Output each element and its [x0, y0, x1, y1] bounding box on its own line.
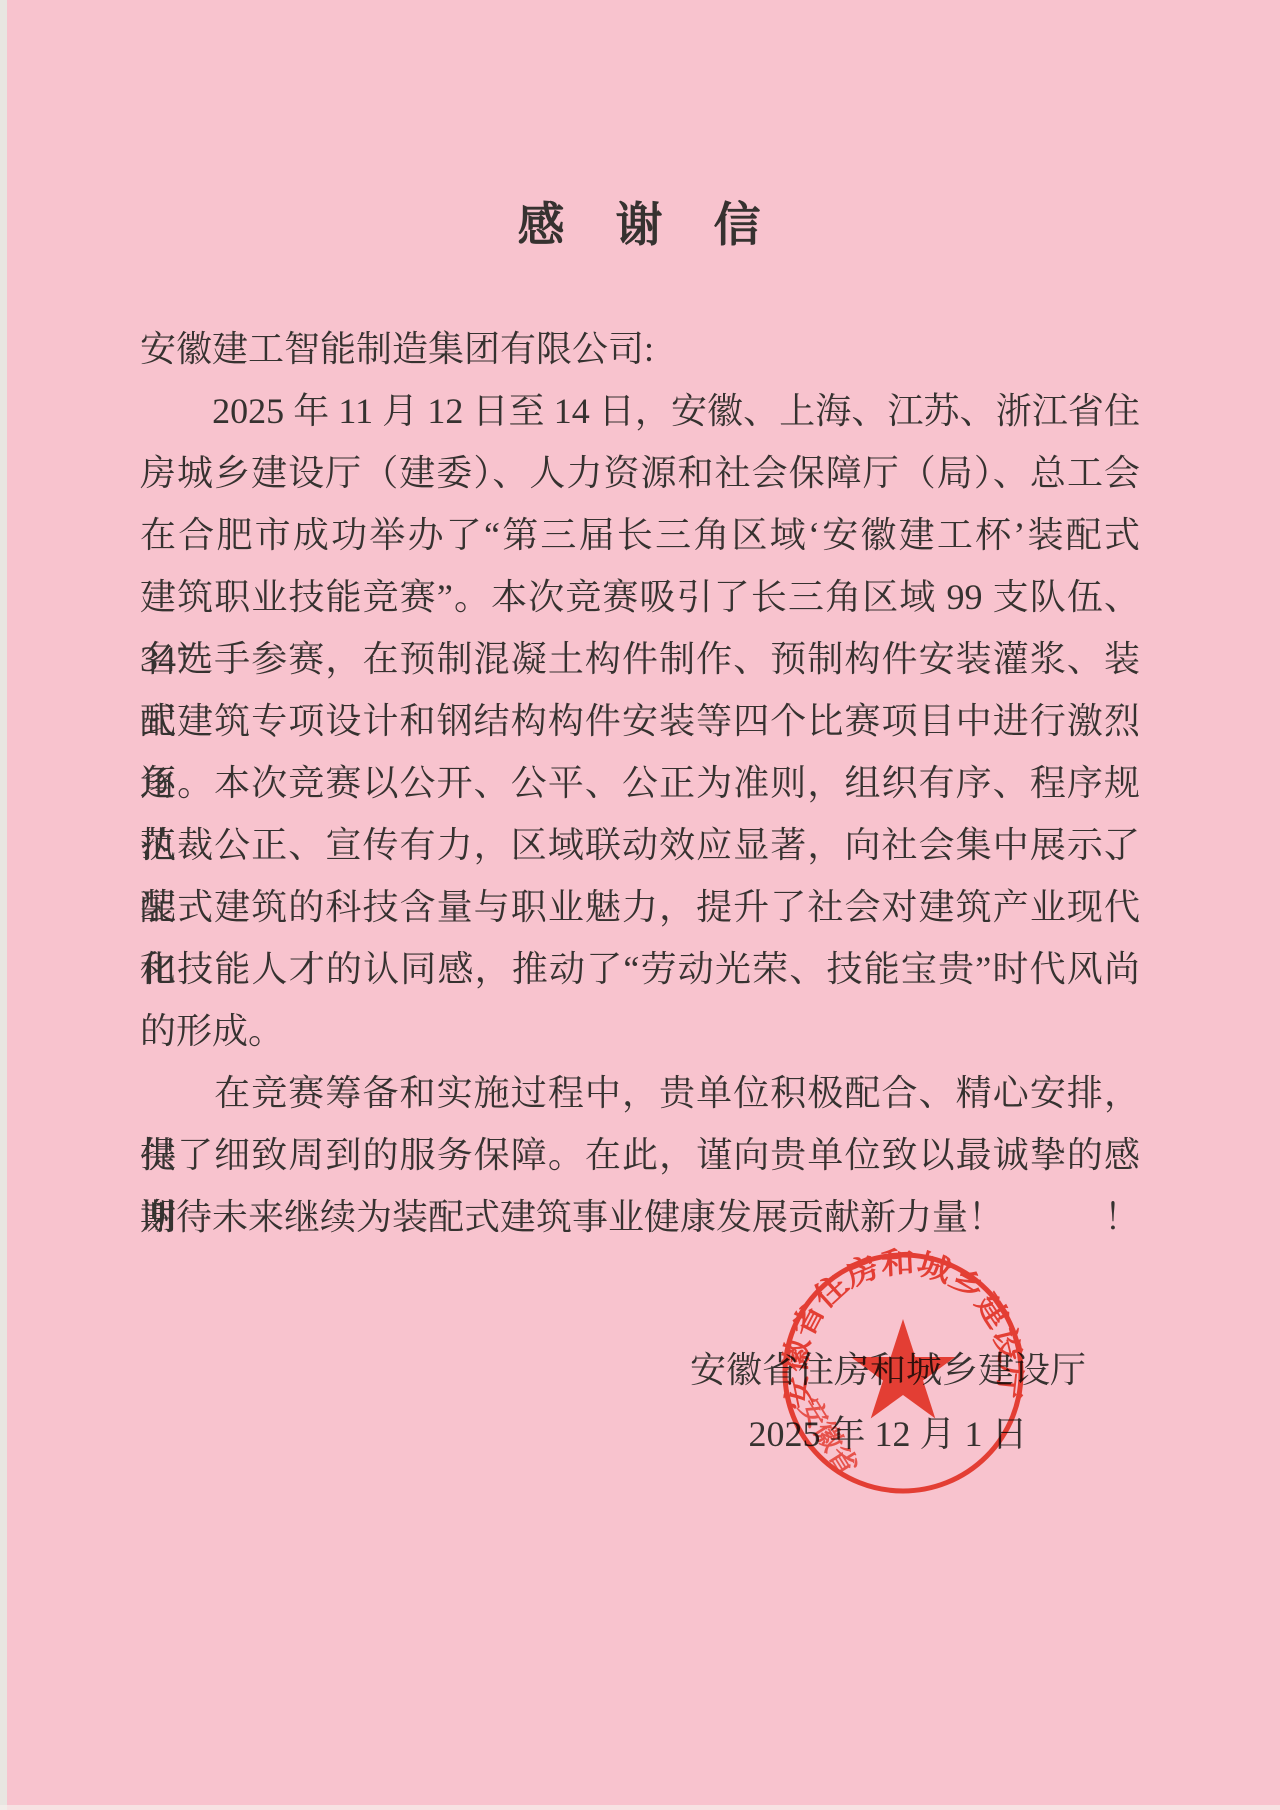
letter-line: 逐。本次竞赛以公开、公平、公正为准则，组织有序、程序规范、 [140, 752, 1140, 814]
letter-line: 建筑职业技能竞赛”。本次竞赛吸引了长三角区域 99 支队伍、347 [140, 566, 1140, 628]
letter-title: 感 谢 信 [0, 188, 1280, 255]
seal-star [851, 1319, 956, 1419]
letter-line: 执裁公正、宣传有力，区域联动效应显著，向社会集中展示了装 [140, 814, 1140, 876]
letter-line: 2025 年 11 月 12 日至 14 日，安徽、上海、江苏、浙江省住 [140, 380, 1140, 442]
letter-body: 安徽建工智能制造集团有限公司: 2025 年 11 月 12 日至 14 日，安… [140, 318, 1140, 1248]
letter-line: 供了细致周到的服务保障。在此，谨向贵单位致以最诚挚的感谢！ [140, 1124, 1140, 1186]
letter-line: 的形成。 [140, 1000, 1140, 1062]
official-seal: 安徽省住房和城乡建设厅 安徽省 [776, 1246, 1030, 1500]
scan-edge-left [0, 0, 7, 1810]
letter-page: 感 谢 信 安徽建工智能制造集团有限公司: 2025 年 11 月 12 日至 … [0, 0, 1280, 1810]
letter-line: 在竞赛筹备和实施过程中，贵单位积极配合、精心安排，提 [140, 1062, 1140, 1124]
letter-line: 式建筑专项设计和钢结构构件安装等四个比赛项目中进行激烈角 [140, 690, 1140, 752]
letter-line: 在合肥市成功举办了“第三届长三角区域‘安徽建工杯’装配式 [140, 504, 1140, 566]
letter-line: 配式建筑的科技含量与职业魅力，提升了社会对建筑产业现代化 [140, 876, 1140, 938]
letter-line: 房城乡建设厅（建委）、人力资源和社会保障厅（局）、总工会 [140, 442, 1140, 504]
scan-edge-bottom [0, 1805, 1280, 1810]
official-seal-graphic: 安徽省住房和城乡建设厅 安徽省 [776, 1246, 1030, 1500]
letter-line: 名选手参赛，在预制混凝土构件制作、预制构件安装灌浆、装配 [140, 628, 1140, 690]
letter-line: 安徽建工智能制造集团有限公司: [140, 318, 1140, 380]
letter-line: 和技能人才的认同感，推动了“劳动光荣、技能宝贵”时代风尚 [140, 938, 1140, 1000]
letter-line: 期待未来继续为装配式建筑事业健康发展贡献新力量！ [140, 1186, 1140, 1248]
